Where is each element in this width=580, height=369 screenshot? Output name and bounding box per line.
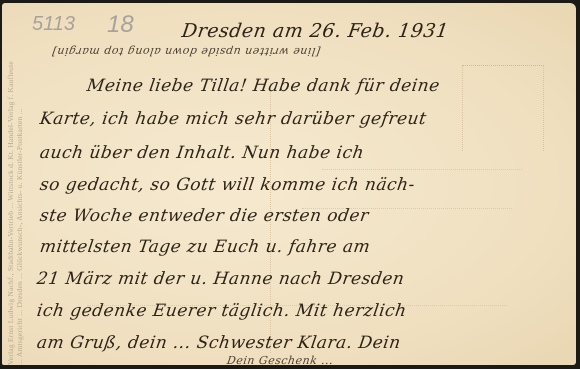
upside-down-line: [line written upside down along top marg… bbox=[51, 45, 321, 58]
publisher-imprint: Verlag Ernst Ludwig Nachf., Stadtbahn-Ve… bbox=[6, 25, 24, 365]
pencil-note: 18 bbox=[107, 11, 134, 39]
letter-line: Dein Geschenk ... bbox=[226, 354, 334, 365]
letter-line: Karte, ich habe mich sehr darüber gefreu… bbox=[39, 109, 428, 129]
postcard-back: Verlag Ernst Ludwig Nachf., Stadtbahn-Ve… bbox=[2, 3, 576, 365]
letter-line: am Gruß, dein ... Schwester Klara. Dein bbox=[36, 333, 402, 353]
letter-line: 21 März mit der u. Hanne nach Dresden bbox=[36, 269, 406, 289]
letter-line: Meine liebe Tilla! Habe dank für deine bbox=[86, 76, 442, 96]
letter-line: ste Woche entweder die ersten oder bbox=[39, 206, 370, 226]
publisher-imprint-line-1: Verlag Ernst Ludwig Nachf., Stadtbahn-Ve… bbox=[6, 25, 15, 365]
letter-line: mittelsten Tage zu Euch u. fahre am bbox=[39, 237, 372, 257]
letter-line: auch über den Inhalt. Nun habe ich bbox=[39, 143, 366, 163]
stamp-box bbox=[462, 65, 544, 151]
letter-line: so gedacht, so Gott will komme ich näch- bbox=[39, 175, 417, 195]
address-line bbox=[322, 169, 522, 170]
publisher-imprint-line-2: ... Amtsgericht ... Dresden ... Glückwun… bbox=[15, 25, 24, 365]
place-date: Dresden am 26. Feb. 1931 bbox=[180, 20, 450, 42]
letter-line: ich gedenke Euerer täglich. Mit herzlich bbox=[36, 301, 408, 321]
pencil-catalog-number: 5113 bbox=[32, 13, 75, 36]
